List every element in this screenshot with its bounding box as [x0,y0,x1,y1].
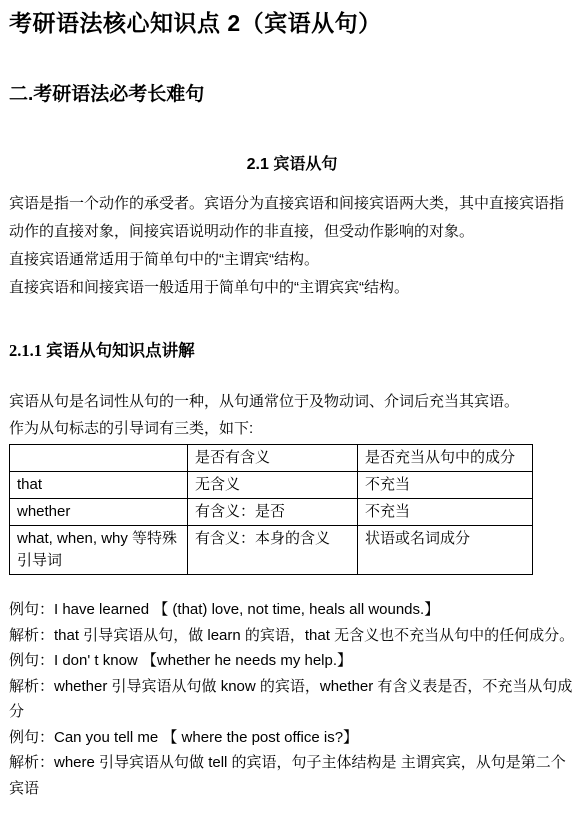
table-header-cell: 是否充当从句中的成分 [358,445,533,472]
table-row: whether 有含义：是否 不充当 [10,499,533,526]
table-row: that 无含义 不充当 [10,472,533,499]
table-cell: 不充当 [358,499,533,526]
table-header-cell: 是否有含义 [188,445,358,472]
examples-block: 例句：I have learned 【 (that) love, not tim… [9,597,575,801]
subsubsection-heading: 2.1.1 宾语从句知识点讲解 [9,340,575,362]
example-sentence: 例句：I have learned 【 (that) love, not tim… [9,597,575,623]
table-cell: 无含义 [188,472,358,499]
example-sentence: 例句：I don' t know 【whether he needs my he… [9,648,575,674]
lead-paragraph: 宾语从句是名词性从句的一种，从句通常位于及物动词、介词后充当其宾语。 [9,388,575,415]
example-analysis: 解析：where 引导宾语从句做 tell 的宾语，句子主体结构是 主谓宾宾，从… [9,750,575,801]
intro-paragraph: 宾语是指一个动作的承受者。宾语分为直接宾语和间接宾语两大类，其中直接宾语指动作的… [9,190,575,246]
table-header-row: 是否有含义 是否充当从句中的成分 [10,445,533,472]
table-row: what, when, why 等特殊引导词 有含义：本身的含义 状语或名词成分 [10,526,533,575]
table-cell: whether [10,499,188,526]
doc-title: 考研语法核心知识点 2（宾语从句） [9,8,575,38]
example-analysis: 解析：that 引导宾语从句，做 learn 的宾语，that 无含义也不充当从… [9,623,575,649]
example-analysis: 解析：whether 引导宾语从句做 know 的宾语，whether 有含义表… [9,674,575,725]
lead-paragraph: 作为从句标志的引导词有三类，如下: [9,415,575,442]
table-cell: that [10,472,188,499]
table-cell: 有含义：本身的含义 [188,526,358,575]
document-page: 考研语法核心知识点 2（宾语从句） 二.考研语法必考长难句 2.1 宾语从句 宾… [0,0,584,820]
intro-paragraph: 直接宾语通常适用于简单句中的“主谓宾“结构。 [9,246,575,274]
subsection-heading: 2.1 宾语从句 [9,154,575,176]
example-sentence: 例句：Can you tell me 【 where the post offi… [9,725,575,751]
table-cell: 状语或名词成分 [358,526,533,575]
table-cell: 有含义：是否 [188,499,358,526]
table-cell: what, when, why 等特殊引导词 [10,526,188,575]
table-cell: 不充当 [358,472,533,499]
table-header-cell [10,445,188,472]
section-heading: 二.考研语法必考长难句 [9,82,575,108]
connectives-table: 是否有含义 是否充当从句中的成分 that 无含义 不充当 whether 有含… [9,444,533,575]
intro-paragraph: 直接宾语和间接宾语一般适用于简单句中的“主谓宾宾“结构。 [9,274,575,302]
